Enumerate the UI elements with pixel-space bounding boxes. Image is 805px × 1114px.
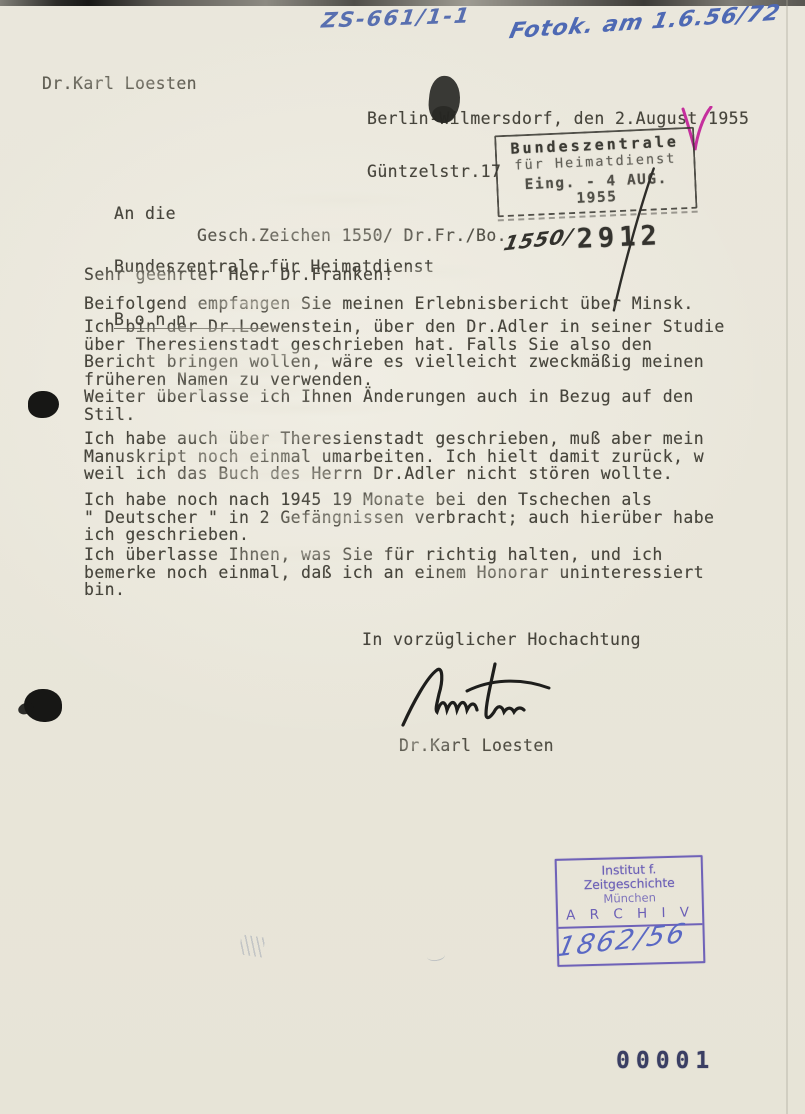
body-line: Ich habe auch über Theresienstadt geschr… [84,430,704,448]
ink-smudge [432,106,455,123]
body-line: Ich habe noch nach 1945 19 Monate bei de… [84,491,714,509]
reference-line: Gesch.Zeichen 1550/ Dr.Fr./Bo. [197,227,507,245]
body-line: bemerke noch einmal, daß ich an einem Ho… [84,564,704,582]
archive-reference-handwriting: ZS-661/1-1 [320,3,473,32]
receipt-handwritten-number: 1550/ [502,224,576,256]
paper-crease [786,0,788,1114]
photocopy-note-handwriting: Fotok. am 1.6.56/72 [507,1,783,44]
punch-hole-top [28,391,59,418]
body-line: über Theresienstadt geschrieben hat. Fal… [84,336,725,354]
body-line: " Deutscher " in 2 Gefängnissen verbrach… [84,509,714,527]
punch-hole-bottom [24,689,62,722]
faint-scribble [239,934,266,957]
body-line: Manuskript noch einmal umarbeiten. Ich h… [84,448,704,466]
archive-stamp-box: Institut f. Zeitgeschichte München A R C… [555,855,706,967]
receipt-stamp-numbers: 1550/ 2912 [498,217,700,272]
receipt-stamped-number: 2912 [576,220,662,255]
paragraph-1: Beifolgend empfangen Sie meinen Erlebnis… [84,295,694,313]
paragraph-5: Ich überlasse Ihnen, was Sie für richtig… [84,546,704,599]
receipt-stamp: Bundeszentrale für Heimatdienst Eing. - … [494,127,700,272]
body-line: früheren Namen zu verwenden. [84,371,725,389]
receipt-stamp-box: Bundeszentrale für Heimatdienst Eing. - … [494,127,697,218]
body-line: Stil. [84,406,725,424]
scanned-letter-page: ZS-661/1-1 Fotok. am 1.6.56/72 Dr.Karl L… [0,0,805,1114]
faint-scribble [426,950,445,962]
paragraph-2: Ich bin der Dr.Loewenstein, über den Dr.… [84,318,725,424]
paragraph-4: Ich habe noch nach 1945 19 Monate bei de… [84,491,714,544]
body-line: Bericht bringen wollen, wäre es vielleic… [84,353,725,371]
body-line: ich geschrieben. [84,526,714,544]
signature-typed-name: Dr.Karl Loesten [399,737,554,755]
body-line: Ich überlasse Ihnen, was Sie für richtig… [84,546,704,564]
body-line: Ich bin der Dr.Loewenstein, über den Dr.… [84,318,725,336]
recipient-line1: An die [114,205,434,223]
closing-formula: In vorzüglicher Hochachtung [362,631,641,649]
sender-name: Dr.Karl Loesten [42,75,197,93]
archive-stamp: Institut f. Zeitgeschichte München A R C… [555,855,706,967]
page-number-stamp: 00001 [616,1048,715,1074]
receipt-stamp-date: Eing. - 4 AUG. 1955 [502,166,692,213]
paragraph-3: Ich habe auch über Theresienstadt geschr… [84,430,704,483]
salutation: Sehr geehrter Herr Dr.Franken! [84,266,394,284]
archive-stamp-line1: Institut f. Zeitgeschichte [559,861,700,893]
handwritten-signature [397,661,561,735]
body-line: weil ich das Buch des Herrn Dr.Adler nic… [84,465,704,483]
body-line: bin. [84,581,704,599]
body-line: Weiter überlasse ich Ihnen Änderungen au… [84,388,725,406]
body-line: Beifolgend empfangen Sie meinen Erlebnis… [84,295,694,313]
